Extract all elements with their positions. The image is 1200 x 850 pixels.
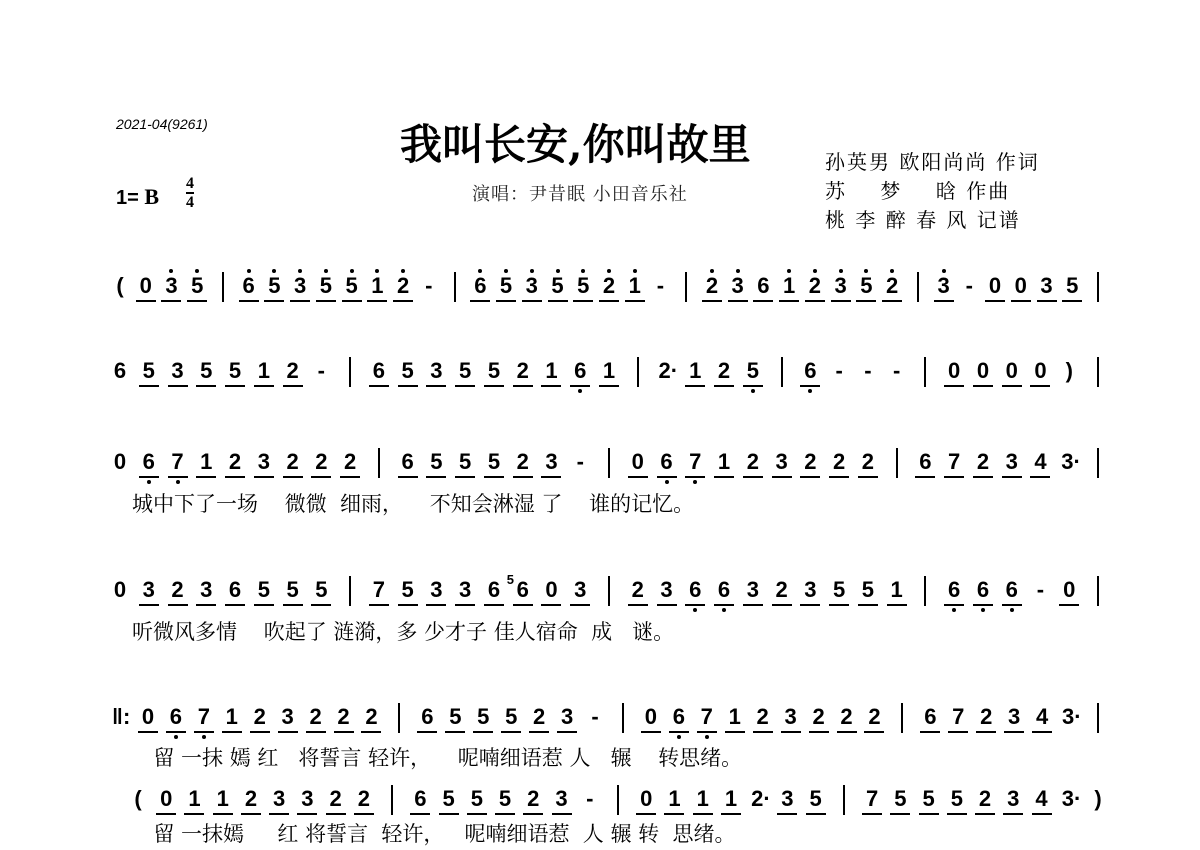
underline bbox=[753, 300, 773, 302]
note: 1 bbox=[781, 274, 797, 298]
lyrics-line-4: 听微风多情 吹起了 涟漪，多 少才子 佳人宿命 成 谜。 bbox=[132, 616, 674, 646]
note: 6 bbox=[241, 274, 257, 298]
score-line1: (0356535512-6535521-236123523-0035 bbox=[0, 274, 1200, 314]
underline bbox=[570, 385, 590, 387]
underline bbox=[161, 300, 181, 302]
underline bbox=[264, 300, 284, 302]
note: 3 bbox=[774, 450, 790, 474]
underline bbox=[641, 731, 661, 733]
note: 3 bbox=[659, 578, 675, 602]
underline bbox=[781, 731, 801, 733]
underline bbox=[156, 813, 176, 815]
note: 6 bbox=[716, 578, 732, 602]
underline bbox=[196, 385, 216, 387]
underline bbox=[455, 604, 475, 606]
note: 3 bbox=[163, 274, 179, 298]
key-signature: 1= B bbox=[116, 184, 159, 210]
underline bbox=[513, 604, 533, 606]
underline bbox=[455, 385, 475, 387]
note: 0 bbox=[158, 787, 174, 811]
note: 3· bbox=[1062, 705, 1078, 729]
dash: - bbox=[889, 359, 905, 383]
note: 2 bbox=[630, 578, 646, 602]
note: 3 bbox=[779, 787, 795, 811]
underline bbox=[636, 813, 656, 815]
note: 5 bbox=[428, 450, 444, 474]
underline bbox=[944, 476, 964, 478]
underline bbox=[973, 604, 993, 606]
transcriber: 桃 李 醉 春 风 记谱 bbox=[825, 206, 1040, 235]
barline bbox=[1097, 448, 1099, 478]
note: 6 bbox=[755, 274, 771, 298]
barline bbox=[685, 272, 687, 302]
underline bbox=[139, 476, 159, 478]
note: 6 bbox=[802, 359, 818, 383]
underline bbox=[628, 476, 648, 478]
underline bbox=[664, 813, 684, 815]
underline bbox=[628, 604, 648, 606]
note: 5 bbox=[550, 274, 566, 298]
underline bbox=[326, 813, 346, 815]
note: 7 bbox=[170, 450, 186, 474]
underline bbox=[714, 385, 734, 387]
underline bbox=[777, 813, 797, 815]
underline bbox=[283, 385, 303, 387]
barline bbox=[222, 272, 224, 302]
note: 2 bbox=[978, 705, 994, 729]
dash: - bbox=[961, 274, 977, 298]
note: 6 bbox=[472, 274, 488, 298]
note: 3 bbox=[292, 274, 308, 298]
underline bbox=[947, 813, 967, 815]
underline bbox=[973, 385, 993, 387]
note: 5 bbox=[921, 787, 937, 811]
note: 2 bbox=[975, 450, 991, 474]
underline bbox=[831, 300, 851, 302]
note: 2 bbox=[977, 787, 993, 811]
underline bbox=[196, 604, 216, 606]
note: 2 bbox=[860, 450, 876, 474]
underline bbox=[858, 476, 878, 478]
underline bbox=[398, 604, 418, 606]
note: 6 bbox=[572, 359, 588, 383]
note: 5 bbox=[745, 359, 761, 383]
note: 5 bbox=[469, 787, 485, 811]
underline bbox=[693, 813, 713, 815]
note: 2 bbox=[313, 450, 329, 474]
underline bbox=[484, 604, 504, 606]
barline bbox=[637, 357, 639, 387]
underline bbox=[254, 604, 274, 606]
underline bbox=[985, 300, 1005, 302]
underline bbox=[944, 604, 964, 606]
catalog-id: 2021-04(9261) bbox=[116, 116, 208, 132]
note: 7 bbox=[699, 705, 715, 729]
note: 0 bbox=[112, 578, 128, 602]
underline bbox=[557, 731, 577, 733]
underline bbox=[467, 813, 487, 815]
underline bbox=[168, 385, 188, 387]
note: 6 bbox=[400, 450, 416, 474]
underline bbox=[290, 300, 310, 302]
paren: ( bbox=[130, 787, 146, 811]
note: 1 bbox=[256, 359, 272, 383]
underline bbox=[862, 813, 882, 815]
underline bbox=[779, 300, 799, 302]
underline bbox=[470, 300, 490, 302]
underline bbox=[944, 385, 964, 387]
note: 5 bbox=[198, 359, 214, 383]
note: 6 bbox=[917, 450, 933, 474]
time-bottom: 4 bbox=[186, 195, 194, 210]
paren: ) bbox=[1090, 787, 1106, 811]
underline bbox=[858, 604, 878, 606]
barline bbox=[391, 785, 393, 815]
underline bbox=[856, 300, 876, 302]
underline bbox=[915, 476, 935, 478]
note: 3 bbox=[1005, 787, 1021, 811]
note: 6 bbox=[371, 359, 387, 383]
note: 5 bbox=[285, 578, 301, 602]
credits: 孙英男 欧阳尚尚 作词 苏 梦 晗 作曲 桃 李 醉 春 风 记谱 bbox=[825, 148, 1040, 235]
underline bbox=[306, 731, 326, 733]
note: 2· bbox=[751, 787, 767, 811]
underline bbox=[278, 731, 298, 733]
note: 6 bbox=[922, 705, 938, 729]
note: 5 bbox=[486, 359, 502, 383]
dash: - bbox=[582, 787, 598, 811]
underline bbox=[1059, 604, 1079, 606]
note: 2 bbox=[839, 705, 855, 729]
barline bbox=[349, 357, 351, 387]
underline bbox=[685, 604, 705, 606]
note: 5 bbox=[318, 274, 334, 298]
note: 2 bbox=[831, 450, 847, 474]
note: 6 bbox=[141, 450, 157, 474]
note: 3 bbox=[802, 578, 818, 602]
note: 3 bbox=[271, 787, 287, 811]
dash: - bbox=[313, 359, 329, 383]
underline bbox=[657, 604, 677, 606]
underline bbox=[657, 476, 677, 478]
note: 3 bbox=[280, 705, 296, 729]
time-top: 4 bbox=[186, 176, 194, 191]
underline bbox=[934, 300, 954, 302]
underline bbox=[168, 604, 188, 606]
note: 6 bbox=[687, 578, 703, 602]
note: 3 bbox=[554, 787, 570, 811]
note: 5 bbox=[575, 274, 591, 298]
dash: - bbox=[831, 359, 847, 383]
note: 5 bbox=[497, 787, 513, 811]
score-line4: 032365557533656032366323551666-0 bbox=[0, 578, 1200, 618]
underline bbox=[725, 731, 745, 733]
underline bbox=[311, 604, 331, 606]
note: 7 bbox=[196, 705, 212, 729]
barline bbox=[917, 272, 919, 302]
note: 5 bbox=[503, 705, 519, 729]
underline bbox=[1011, 300, 1031, 302]
note: 3 bbox=[730, 274, 746, 298]
paren: ) bbox=[1061, 359, 1077, 383]
note: 3· bbox=[1061, 450, 1077, 474]
underline bbox=[225, 385, 245, 387]
note: 1 bbox=[369, 274, 385, 298]
note: 2 bbox=[525, 787, 541, 811]
underline bbox=[393, 300, 413, 302]
underline bbox=[753, 731, 773, 733]
song-title: 我叫长安,你叫故里 bbox=[400, 112, 751, 172]
note: 6 bbox=[671, 705, 687, 729]
underline bbox=[809, 731, 829, 733]
underline bbox=[1032, 731, 1052, 733]
barline bbox=[924, 576, 926, 606]
note: 3 bbox=[745, 578, 761, 602]
lyrics-line-6: 留 一抹嫣 红 将誓言 轻许， 呢喃细语惹 人 辗 转 思绪。 bbox=[140, 818, 736, 848]
note: 0 bbox=[638, 787, 654, 811]
note: 3 bbox=[1039, 274, 1055, 298]
barline bbox=[617, 785, 619, 815]
note: 56 bbox=[515, 578, 531, 602]
note: 1 bbox=[727, 705, 743, 729]
composer: 苏 梦 晗 作曲 bbox=[825, 177, 1040, 206]
note: ‖: bbox=[112, 705, 128, 729]
underline bbox=[168, 476, 188, 478]
grace-note: 5 bbox=[507, 568, 514, 592]
note: 5 bbox=[808, 787, 824, 811]
note: 5 bbox=[486, 450, 502, 474]
note: 4 bbox=[1034, 705, 1050, 729]
underline bbox=[702, 300, 722, 302]
underline bbox=[800, 604, 820, 606]
note: 1 bbox=[666, 787, 682, 811]
note: 2 bbox=[531, 705, 547, 729]
note: 5 bbox=[266, 274, 282, 298]
underline bbox=[1030, 476, 1050, 478]
note: 6 bbox=[168, 705, 184, 729]
underline bbox=[864, 731, 884, 733]
note: 3 bbox=[428, 359, 444, 383]
singer: 演唱：尹昔眠 小田音乐社 bbox=[472, 180, 688, 206]
note: 5 bbox=[457, 450, 473, 474]
note: 5 bbox=[344, 274, 360, 298]
note: 2 bbox=[363, 705, 379, 729]
underline bbox=[316, 300, 336, 302]
note: 1 bbox=[198, 450, 214, 474]
key-letter: B bbox=[144, 184, 159, 209]
note: 5 bbox=[441, 787, 457, 811]
note: 2 bbox=[601, 274, 617, 298]
underline bbox=[829, 476, 849, 478]
note: 1 bbox=[601, 359, 617, 383]
underline bbox=[342, 300, 362, 302]
note: 3 bbox=[1004, 450, 1020, 474]
note: 2 bbox=[328, 787, 344, 811]
underline bbox=[194, 731, 214, 733]
note: 5 bbox=[313, 578, 329, 602]
underline bbox=[829, 604, 849, 606]
lyrics-line-5: 留 一抹 嫣 红 将誓言 轻许， 呢喃细语惹 人 辗 转思绪。 bbox=[140, 742, 742, 772]
note: 0 bbox=[946, 359, 962, 383]
note: 6 bbox=[227, 578, 243, 602]
underline bbox=[599, 300, 619, 302]
underline bbox=[283, 476, 303, 478]
underline bbox=[599, 385, 619, 387]
dash: - bbox=[587, 705, 603, 729]
underline bbox=[522, 300, 542, 302]
underline bbox=[1003, 813, 1023, 815]
note: 5 bbox=[475, 705, 491, 729]
note: 6 bbox=[486, 578, 502, 602]
note: 5 bbox=[1064, 274, 1080, 298]
note: 5 bbox=[860, 578, 876, 602]
note: 3 bbox=[428, 578, 444, 602]
note: 1 bbox=[695, 787, 711, 811]
note: 3 bbox=[936, 274, 952, 298]
underline bbox=[484, 476, 504, 478]
underline bbox=[166, 731, 186, 733]
note: 2 bbox=[716, 359, 732, 383]
underline bbox=[254, 385, 274, 387]
note: 3 bbox=[1006, 705, 1022, 729]
underline bbox=[513, 476, 533, 478]
underline bbox=[222, 731, 242, 733]
barline bbox=[1097, 576, 1099, 606]
paren: ( bbox=[112, 274, 128, 298]
underline bbox=[361, 731, 381, 733]
barline bbox=[608, 448, 610, 478]
note: 6 bbox=[946, 578, 962, 602]
barline bbox=[349, 576, 351, 606]
underline bbox=[225, 476, 245, 478]
underline bbox=[426, 476, 446, 478]
underline bbox=[721, 813, 741, 815]
note: 1 bbox=[889, 578, 905, 602]
note: 2 bbox=[243, 787, 259, 811]
underline bbox=[473, 731, 493, 733]
underline bbox=[685, 385, 705, 387]
note: 5 bbox=[858, 274, 874, 298]
underline bbox=[334, 731, 354, 733]
note: 1 bbox=[215, 787, 231, 811]
barline bbox=[924, 357, 926, 387]
note: 0 bbox=[1004, 359, 1020, 383]
underline bbox=[541, 385, 561, 387]
underline bbox=[887, 604, 907, 606]
underline bbox=[973, 476, 993, 478]
underline bbox=[806, 813, 826, 815]
note: 7 bbox=[946, 450, 962, 474]
underline bbox=[340, 476, 360, 478]
underline bbox=[743, 604, 763, 606]
note: 2 bbox=[807, 274, 823, 298]
underline bbox=[398, 385, 418, 387]
underline bbox=[919, 813, 939, 815]
underline bbox=[529, 731, 549, 733]
note: 0 bbox=[630, 450, 646, 474]
note: 2 bbox=[170, 578, 186, 602]
underline bbox=[976, 731, 996, 733]
note: 5 bbox=[457, 359, 473, 383]
underline bbox=[685, 476, 705, 478]
note: 2 bbox=[866, 705, 882, 729]
note: 3 bbox=[198, 578, 214, 602]
note: 4 bbox=[1032, 450, 1048, 474]
underline bbox=[837, 731, 857, 733]
underline bbox=[1037, 300, 1057, 302]
note: 2· bbox=[659, 359, 675, 383]
note: 2 bbox=[342, 450, 358, 474]
note: 5 bbox=[256, 578, 272, 602]
underline bbox=[417, 731, 437, 733]
underline bbox=[496, 300, 516, 302]
underline bbox=[213, 813, 233, 815]
underline bbox=[800, 476, 820, 478]
note: 6 bbox=[975, 578, 991, 602]
dash: - bbox=[572, 450, 588, 474]
underline bbox=[625, 300, 645, 302]
underline bbox=[250, 731, 270, 733]
key-prefix: 1= bbox=[116, 187, 139, 209]
note: 3 bbox=[524, 274, 540, 298]
note: 0 bbox=[1061, 578, 1077, 602]
underline bbox=[311, 476, 331, 478]
underline bbox=[241, 813, 261, 815]
underline bbox=[1030, 385, 1050, 387]
note: 2 bbox=[774, 578, 790, 602]
note: 2 bbox=[356, 787, 372, 811]
underline bbox=[772, 476, 792, 478]
note: 1 bbox=[723, 787, 739, 811]
note: 3 bbox=[559, 705, 575, 729]
note: 3 bbox=[572, 578, 588, 602]
underline bbox=[398, 476, 418, 478]
note: 3 bbox=[783, 705, 799, 729]
underline bbox=[354, 813, 374, 815]
note: 2 bbox=[395, 274, 411, 298]
underline bbox=[484, 385, 504, 387]
underline bbox=[367, 300, 387, 302]
note: 2 bbox=[227, 450, 243, 474]
note: 2 bbox=[285, 450, 301, 474]
note: 2 bbox=[515, 450, 531, 474]
note: 0 bbox=[543, 578, 559, 602]
note: 5 bbox=[949, 787, 965, 811]
note: 1 bbox=[543, 359, 559, 383]
dash: - bbox=[1032, 578, 1048, 602]
dash: - bbox=[860, 359, 876, 383]
note: 2 bbox=[285, 359, 301, 383]
underline bbox=[139, 604, 159, 606]
note: 3· bbox=[1062, 787, 1078, 811]
barline bbox=[622, 703, 624, 733]
barline bbox=[843, 785, 845, 815]
note: 4 bbox=[1034, 787, 1050, 811]
barline bbox=[1097, 357, 1099, 387]
barline bbox=[1097, 703, 1099, 733]
note: 7 bbox=[950, 705, 966, 729]
underline bbox=[541, 476, 561, 478]
barline bbox=[781, 357, 783, 387]
underline bbox=[669, 731, 689, 733]
note: 2 bbox=[515, 359, 531, 383]
underline bbox=[573, 300, 593, 302]
barline bbox=[378, 448, 380, 478]
note: 3 bbox=[256, 450, 272, 474]
underline bbox=[541, 604, 561, 606]
note: 3 bbox=[170, 359, 186, 383]
underline bbox=[1002, 476, 1022, 478]
